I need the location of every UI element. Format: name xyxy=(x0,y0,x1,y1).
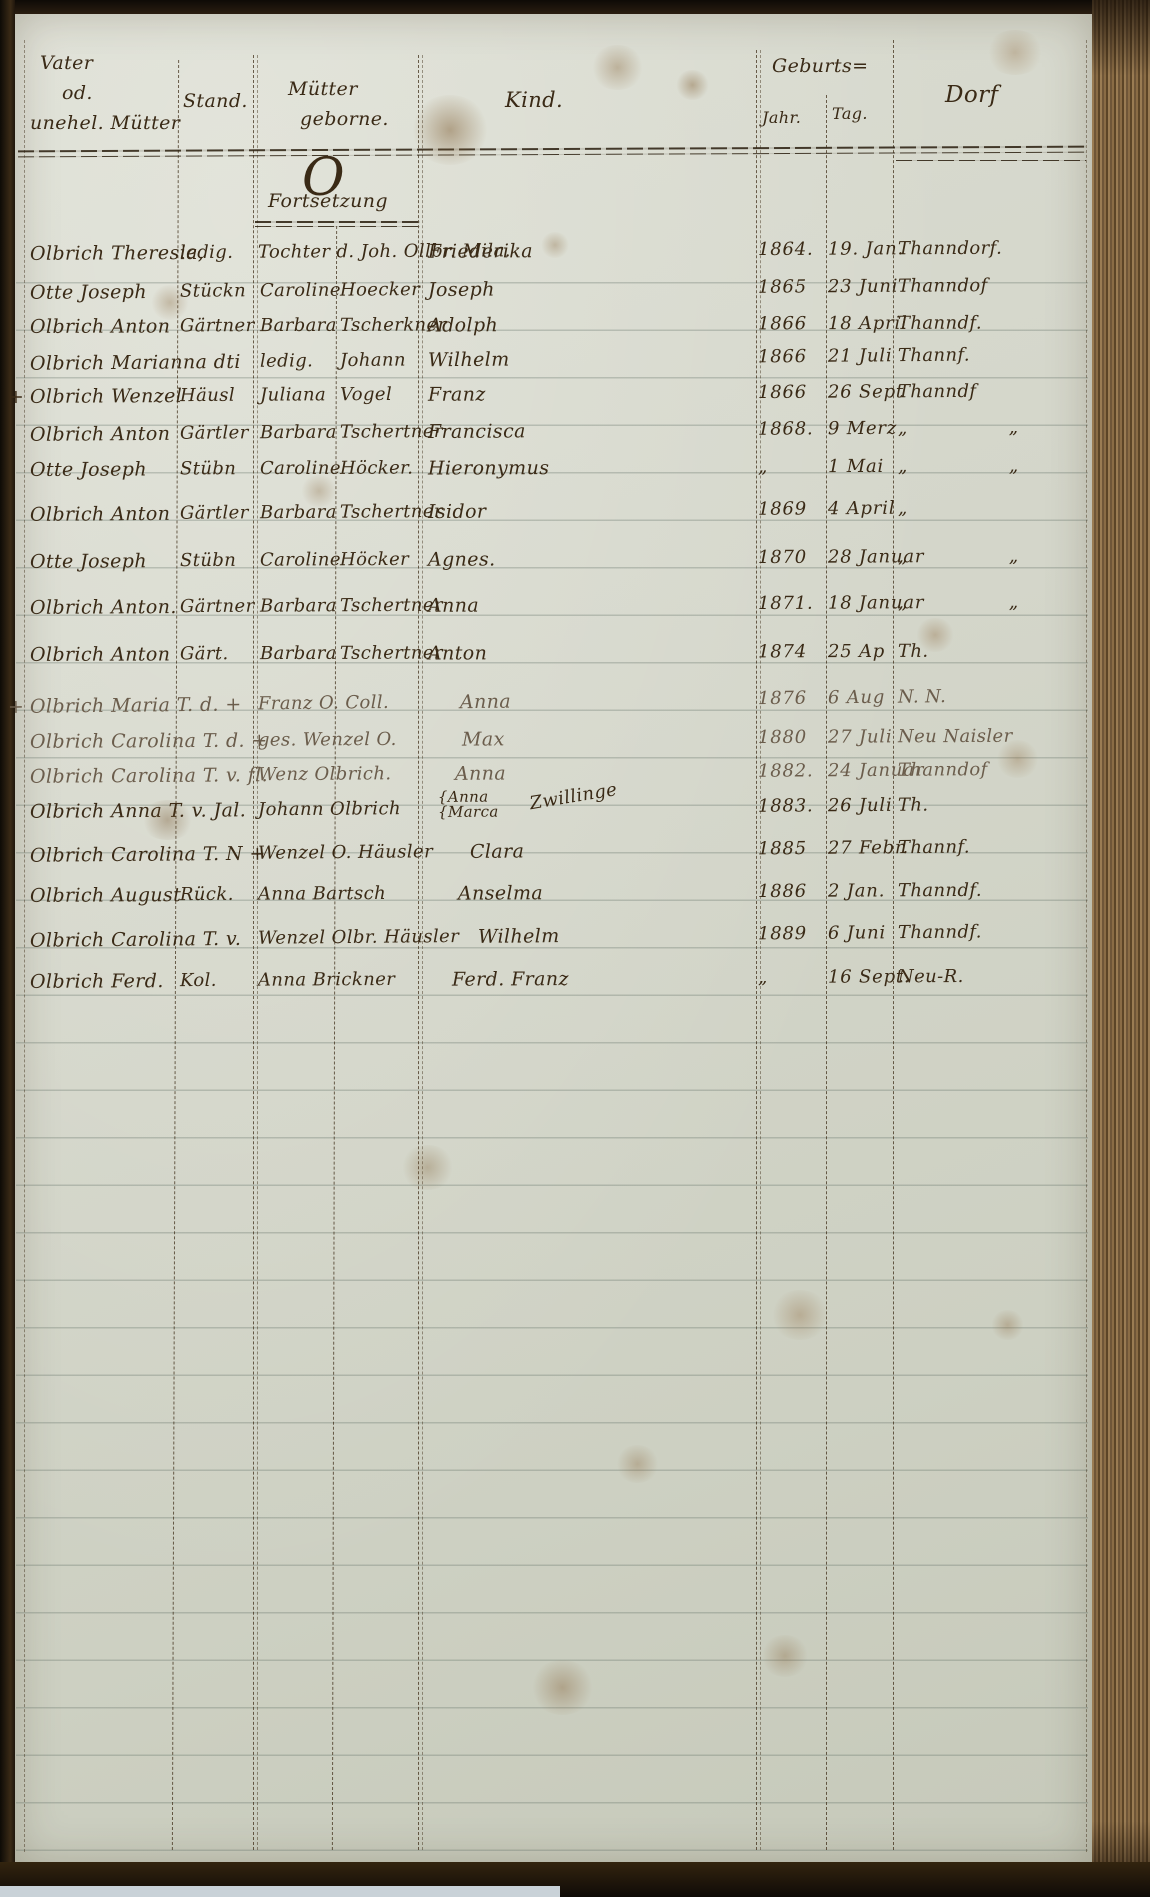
stand-occupation: ledig. xyxy=(180,242,233,263)
birth-day: 26 Sept xyxy=(828,381,904,402)
mother-given-name: Barbara xyxy=(260,502,337,524)
village-name: „ xyxy=(898,498,908,519)
child-name: Ferd. Franz xyxy=(452,968,569,991)
father-or-mother-name: Olbrich Anton xyxy=(30,643,170,665)
mother-nee: Wenz Olbrich. xyxy=(258,763,392,785)
birth-day: 6 Juni xyxy=(828,922,886,944)
father-or-mother-name: Olbrich Anton. xyxy=(30,596,177,619)
birth-day: 21 Juli xyxy=(828,345,893,367)
child-name: Francisca xyxy=(428,420,526,443)
mother-surname: Hoecker xyxy=(340,279,420,301)
child-name: Anselma xyxy=(458,882,543,904)
village-name: Thanndf xyxy=(898,381,977,402)
birth-year: 1876 xyxy=(758,688,807,710)
header-father-line3: unehel. Mütter xyxy=(30,112,180,134)
village-name: Thannf. xyxy=(898,345,970,367)
mother-nee: Anna Bartsch xyxy=(258,883,386,905)
father-or-mother-name: Olbrich Anton xyxy=(30,503,171,526)
row-marker: + xyxy=(8,386,24,408)
village-name: Th. xyxy=(898,641,929,662)
village-name: Th. xyxy=(898,795,929,816)
father-or-mother-name: Olbrich Maria T. d. + xyxy=(30,693,242,717)
father-or-mother-name: Otte Joseph xyxy=(30,550,147,573)
father-or-mother-name: Otte Joseph xyxy=(30,458,147,480)
register-row: Otte JosephStübnCarolineHöckerAgnes.1870… xyxy=(0,545,1150,591)
village-header-underline xyxy=(896,160,1086,161)
book-edge-top xyxy=(0,0,1150,14)
mother-nee: Wenzel O. Häusler xyxy=(258,841,433,864)
child-name: Isidor xyxy=(428,501,487,523)
birth-year: 1880 xyxy=(758,727,807,748)
child-name: Franz xyxy=(428,383,486,405)
village-name: N. N. xyxy=(898,686,947,708)
birth-year: 1886 xyxy=(758,881,807,902)
birth-day: 9 Merz xyxy=(828,418,897,439)
birth-day: 27 Juli xyxy=(828,726,893,747)
village-name: Thanndf. xyxy=(898,313,982,334)
father-or-mother-name: Olbrich Anna T. v. Jal. xyxy=(30,799,246,823)
stand-occupation: Rück. xyxy=(180,884,234,905)
birth-day: 26 Juli xyxy=(828,795,893,816)
child-name: Max xyxy=(462,728,505,750)
father-or-mother-name: Olbrich Carolina T. N + xyxy=(30,843,266,867)
village-name: Neu Naisler xyxy=(898,726,1013,748)
father-or-mother-name: Olbrich Ferd. xyxy=(30,970,164,993)
stand-occupation: Stübn xyxy=(180,458,236,479)
mother-surname: Johann xyxy=(340,349,406,371)
mother-given-name: Barbara xyxy=(260,643,337,664)
child-name: Agnes. xyxy=(428,548,496,570)
birth-year: 1885 xyxy=(758,838,807,859)
child-name: Adolph xyxy=(428,314,498,336)
scanner-background-strip xyxy=(0,1886,560,1897)
mother-nee: Wenzel Olbr. Häusler xyxy=(258,926,459,949)
stand-occupation: Stückn xyxy=(180,280,246,301)
register-row: Otte JosephStübnCarolineHöcker.Hieronymu… xyxy=(0,455,1150,499)
mother-nee: ges. Wenzel O. xyxy=(258,729,397,751)
fortsetzung-underline-2 xyxy=(255,226,420,227)
village-name: Thannf. xyxy=(898,837,970,859)
birth-year: 1865 xyxy=(758,276,807,297)
child-name-second-twin: {Marca xyxy=(438,805,499,820)
header-birth-day: Tag. xyxy=(832,104,868,123)
mother-nee: Johann Olbrich xyxy=(258,798,401,820)
birth-year: „ xyxy=(758,967,768,988)
village-name: Thanndof xyxy=(898,275,988,297)
child-name: Anna xyxy=(460,691,511,714)
birth-day: 25 Ap xyxy=(828,641,885,662)
register-row: Olbrich Anna T. v. Jal.Johann Olbrich{An… xyxy=(0,793,1150,841)
father-or-mother-name: Olbrich Carolina T. v. fl. xyxy=(30,764,268,788)
register-row: Olbrich AntonGärtlerBarbaraTschertnerIsi… xyxy=(0,496,1150,544)
mother-nee: Franz O. Coll. xyxy=(258,692,389,714)
mother-given-name: Caroline xyxy=(260,549,341,570)
village-name: Thanndof xyxy=(898,759,988,781)
birth-year: 1866 xyxy=(758,346,807,367)
stand-occupation: Häusl xyxy=(180,385,235,406)
birth-year: 1889 xyxy=(758,923,807,944)
child-name: Wilhelm xyxy=(428,349,510,372)
header-birth-group: Geburts= xyxy=(772,55,868,77)
birth-year: „ xyxy=(758,456,768,477)
birth-day: 6 Aug xyxy=(828,687,886,709)
village-name: Neu-R. xyxy=(898,966,964,987)
village-name: Thanndf. xyxy=(898,880,982,901)
mother-nee: Anna Brickner xyxy=(258,969,395,991)
row-marker: + xyxy=(8,696,25,718)
mother-surname: Höcker. xyxy=(340,458,413,479)
birth-day: 4 April xyxy=(828,498,896,519)
father-or-mother-name: Olbrich Marianna dti xyxy=(30,351,241,375)
register-row: Olbrich Anton.GärtnerBarbaraTschertnerAn… xyxy=(0,591,1150,637)
village-name: „ „ xyxy=(898,546,1019,568)
header-child: Kind. xyxy=(505,88,563,112)
birth-year: 1874 xyxy=(758,641,807,662)
mother-given-name: Caroline xyxy=(260,458,341,479)
register-row: Olbrich Ferd.Kol.Anna BricknerFerd. Fran… xyxy=(0,965,1150,1011)
header-mother-line2: geborne. xyxy=(300,108,389,130)
birth-day: 18 April xyxy=(828,313,908,334)
stand-occupation: Gärt. xyxy=(180,643,229,664)
stand-occupation: Kol. xyxy=(180,970,217,991)
birth-day: 23 Juni xyxy=(828,276,899,297)
mother-given-name: ledig. xyxy=(260,350,314,371)
stand-occupation: Gärtner xyxy=(180,315,255,336)
child-name: Wilhelm xyxy=(478,925,560,948)
register-row: Olbrich AntonGärt.BarbaraTschertnerAnton… xyxy=(0,640,1150,684)
stand-occupation: Gärtner xyxy=(180,596,255,617)
register-row: Olbrich AugustRück.Anna BartschAnselma18… xyxy=(0,879,1150,925)
mother-given-name: Juliana xyxy=(260,384,326,405)
father-or-mother-name: Olbrich Carolina T. v. xyxy=(30,928,242,952)
birth-year: 1871. xyxy=(758,593,814,614)
mother-surname: Höcker xyxy=(340,549,409,570)
village-name: Thanndorf. xyxy=(898,238,1002,260)
header-village: Dorf xyxy=(945,82,998,108)
father-or-mother-name: Olbrich Theresia, xyxy=(30,242,204,265)
stand-occupation: Stübn xyxy=(180,550,236,571)
stand-occupation: Gärtler xyxy=(180,422,249,443)
mother-given-name: Barbara xyxy=(260,595,337,616)
mother-given-name: Barbara xyxy=(260,422,337,444)
header-father-line1: Vater xyxy=(40,52,93,74)
birth-year: 1869 xyxy=(758,498,807,519)
birth-year: 1864. xyxy=(758,239,814,260)
father-or-mother-name: Olbrich Carolina T. d. + xyxy=(30,730,268,753)
father-or-mother-name: Olbrich Wenzel xyxy=(30,385,182,408)
birth-day: 1 Mai xyxy=(828,456,884,477)
birth-year: 1883. xyxy=(758,795,814,816)
header-birth-year: Jahr. xyxy=(762,108,801,127)
father-or-mother-name: Olbrich Anton xyxy=(30,423,171,446)
child-name: Anna xyxy=(455,762,506,784)
child-name: Hieronymus xyxy=(428,457,549,479)
child-name: Friederika xyxy=(428,240,533,263)
birth-year: 1870 xyxy=(758,547,807,568)
child-name: Anton xyxy=(428,642,487,664)
village-name: „ „ xyxy=(898,455,1019,476)
father-or-mother-name: Otte Joseph xyxy=(30,281,147,304)
header-father-line2: od. xyxy=(62,82,93,104)
child-name: Clara xyxy=(470,840,525,862)
mother-given-name: Caroline xyxy=(260,280,341,302)
village-name: Thanndf. xyxy=(898,921,982,943)
birth-year: 1866 xyxy=(758,313,807,334)
birth-year: 1866 xyxy=(758,382,807,403)
mother-given-name: Barbara xyxy=(260,315,337,336)
header-mother-line1: Mütter xyxy=(288,78,358,100)
stand-occupation: Gärtler xyxy=(180,502,249,523)
child-name: Joseph xyxy=(428,279,495,301)
section-continuation-note: Fortsetzung xyxy=(268,190,388,212)
birth-day: 19. Jan. xyxy=(828,238,904,259)
mother-surname: Vogel xyxy=(340,384,392,405)
village-name: „ „ xyxy=(898,592,1019,614)
birth-day: 2 Jan. xyxy=(828,880,885,901)
father-or-mother-name: Olbrich August xyxy=(30,884,181,907)
father-or-mother-name: Olbrich Anton xyxy=(30,315,170,337)
birth-year: 1882. xyxy=(758,760,814,781)
header-stand: Stand. xyxy=(183,90,248,112)
fortsetzung-underline-1 xyxy=(255,221,420,223)
child-name: Anna xyxy=(428,595,479,617)
birth-year: 1868. xyxy=(758,418,814,439)
scanned-register-page: { "document": { "type": "handwritten-chu… xyxy=(0,0,1150,1897)
child-twins: {Anna{Marca xyxy=(438,790,499,820)
village-name: „ „ xyxy=(898,417,1019,439)
